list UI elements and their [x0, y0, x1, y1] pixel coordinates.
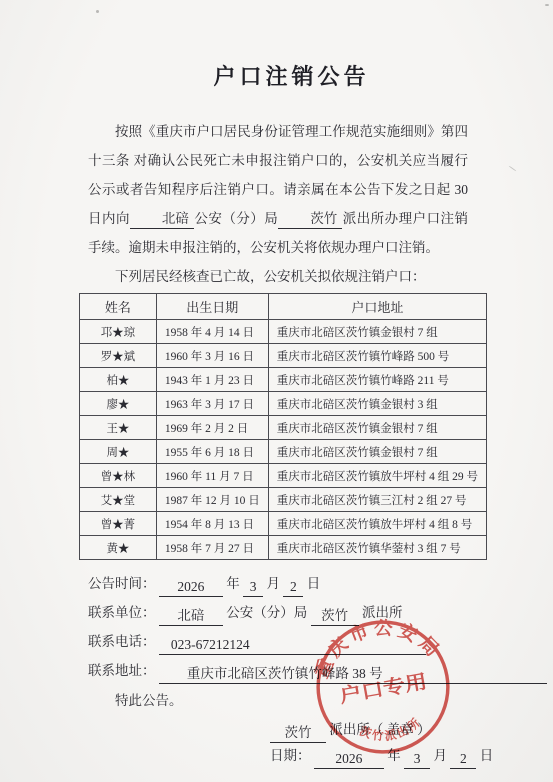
cell-address: 重庆市北碚区茨竹镇竹峰路 211 号 — [268, 368, 486, 392]
cell-address: 重庆市北碚区茨竹镇金银村 3 组 — [268, 392, 486, 416]
sig-month-unit: 月 — [434, 748, 448, 763]
cell-address: 重庆市北碚区茨竹镇金银村 7 组 — [268, 416, 486, 440]
table-row: 艾★堂1987 年 12 月 10 日重庆市北碚区茨竹镇三江村 2 组 27 号 — [80, 488, 487, 512]
cell-dob: 1969 年 2 月 2 日 — [156, 416, 268, 440]
announce-day-blank: 2 — [283, 579, 303, 597]
scan-speck — [96, 10, 99, 13]
cell-name: 廖★ — [80, 392, 157, 416]
signature-station-suffix: 派出所（ 盖章 ） — [329, 722, 430, 737]
contact-phone-label: 联系电话： — [88, 634, 156, 649]
scanned-announcement-page: 户口注销公告 按照《重庆市户口居民身份证管理工作规范实施细则》第四十三条 对确认… — [0, 0, 553, 782]
signature-station-line: 茨竹 派出所（ 盖章 ） — [270, 717, 495, 743]
table-row: 廖★1963 年 3 月 17 日重庆市北碚区茨竹镇金银村 3 组 — [80, 392, 487, 416]
contact-fields: 公告时间： 2026 年 3 月 2 日 联系单位： 北碚 公安（分）局 茨竹 … — [88, 570, 508, 715]
table-header-row: 姓名 出生日期 户口地址 — [80, 294, 487, 320]
year-unit: 年 — [226, 576, 240, 591]
cell-name: 黄★ — [80, 536, 157, 560]
contact-phone-value: 023-67212124 — [159, 637, 426, 655]
bureau-blank: 北碚 — [130, 211, 194, 229]
table-row: 柏★1943 年 1 月 23 日重庆市北碚区茨竹镇竹峰路 211 号 — [80, 368, 487, 392]
cell-dob: 1958 年 7 月 27 日 — [156, 536, 268, 560]
sig-year-unit: 年 — [387, 748, 401, 763]
contact-address-line: 联系地址： 重庆市北碚区茨竹镇竹峰路 38 号 — [88, 657, 508, 686]
intro-text-2: 公安（分）局 — [194, 211, 278, 226]
cell-name: 王★ — [80, 416, 157, 440]
cell-address: 重庆市北碚区茨竹镇金银村 7 组 — [268, 320, 486, 344]
sig-day-unit: 日 — [480, 748, 494, 763]
contact-unit-middle: 公安（分）局 — [226, 605, 307, 620]
cell-name: 柏★ — [80, 368, 157, 392]
cell-name: 罗★斌 — [80, 344, 157, 368]
contact-phone-line: 联系电话： 023-67212124 — [88, 628, 508, 657]
table-row: 曾★林1960 年 11 月 7 日重庆市北碚区茨竹镇放牛坪村 4 组 29 号 — [80, 464, 487, 488]
cell-dob: 1943 年 1 月 23 日 — [156, 368, 268, 392]
cell-dob: 1963 年 3 月 17 日 — [156, 392, 268, 416]
signature-block: 茨竹 派出所（ 盖章 ） 日期： 2026 年 3 月 2 日 — [270, 717, 495, 769]
cell-name: 周★ — [80, 440, 157, 464]
header-name: 姓名 — [80, 294, 157, 320]
signature-station-blank: 茨竹 — [270, 725, 326, 743]
cell-name: 邛★琼 — [80, 320, 157, 344]
scan-speck — [509, 166, 517, 172]
contact-bureau-blank: 北碚 — [159, 608, 223, 626]
cell-name: 曾★林 — [80, 464, 157, 488]
header-dob: 出生日期 — [156, 294, 268, 320]
contact-unit-suffix: 派出所 — [362, 605, 403, 620]
table-row: 罗★斌1960 年 3 月 16 日重庆市北碚区茨竹镇竹峰路 500 号 — [80, 344, 487, 368]
table-row: 周★1955 年 6 月 18 日重庆市北碚区茨竹镇金银村 7 组 — [80, 440, 487, 464]
signature-year-blank: 2026 — [314, 751, 384, 769]
station-blank: 茨竹 — [278, 211, 342, 229]
table-row: 邛★琼1958 年 4 月 14 日重庆市北碚区茨竹镇金银村 7 组 — [80, 320, 487, 344]
table-row: 曾★菁1954 年 8 月 13 日重庆市北碚区茨竹镇放牛坪村 4 组 8 号 — [80, 512, 487, 536]
contact-unit-line: 联系单位： 北碚 公安（分）局 茨竹 派出所 — [88, 599, 508, 628]
announce-month-blank: 3 — [243, 579, 263, 597]
day-unit: 日 — [307, 576, 321, 591]
cell-dob: 1955 年 6 月 18 日 — [156, 440, 268, 464]
cell-dob: 1960 年 11 月 7 日 — [156, 464, 268, 488]
cell-address: 重庆市北碚区茨竹镇竹峰路 500 号 — [268, 344, 486, 368]
cell-dob: 1987 年 12 月 10 日 — [156, 488, 268, 512]
residents-table: 姓名 出生日期 户口地址 邛★琼1958 年 4 月 14 日重庆市北碚区茨竹镇… — [79, 293, 487, 560]
table-row: 黄★1958 年 7 月 27 日重庆市北碚区茨竹镇华蓥村 3 组 7 号 — [80, 536, 487, 560]
contact-unit-label: 联系单位： — [88, 605, 156, 620]
contact-station-blank: 茨竹 — [311, 608, 359, 626]
cell-address: 重庆市北碚区茨竹镇放牛坪村 4 组 8 号 — [268, 512, 486, 536]
signature-date-label: 日期： — [270, 748, 311, 763]
month-unit: 月 — [267, 576, 281, 591]
cell-address: 重庆市北碚区茨竹镇金银村 7 组 — [268, 440, 486, 464]
signature-day-blank: 2 — [450, 751, 476, 769]
scan-speck — [545, 4, 549, 6]
cell-name: 艾★堂 — [80, 488, 157, 512]
cell-address: 重庆市北碚区茨竹镇华蓥村 3 组 7 号 — [268, 536, 486, 560]
cell-dob: 1960 年 3 月 16 日 — [156, 344, 268, 368]
contact-address-value: 重庆市北碚区茨竹镇竹峰路 38 号 — [159, 666, 547, 684]
intro-paragraph: 按照《重庆市户口居民身份证管理工作规范实施细则》第四十三条 对确认公民死亡未申报… — [88, 117, 468, 262]
header-address: 户口地址 — [268, 294, 486, 320]
table-intro: 下列居民经核查已亡故，公安机关拟依规注销户口： — [88, 262, 468, 291]
signature-month-blank: 3 — [404, 751, 430, 769]
contact-address-label: 联系地址： — [88, 663, 156, 678]
announce-date-line: 公告时间： 2026 年 3 月 2 日 — [88, 570, 508, 599]
cell-address: 重庆市北碚区茨竹镇放牛坪村 4 组 29 号 — [268, 464, 486, 488]
announce-date-label: 公告时间： — [88, 576, 156, 591]
announce-year-blank: 2026 — [159, 579, 223, 597]
closing-statement: 特此公告。 — [115, 686, 508, 715]
cell-dob: 1958 年 4 月 14 日 — [156, 320, 268, 344]
cell-name: 曾★菁 — [80, 512, 157, 536]
page-title: 户口注销公告 — [88, 60, 495, 91]
cell-dob: 1954 年 8 月 13 日 — [156, 512, 268, 536]
table-row: 王★1969 年 2 月 2 日重庆市北碚区茨竹镇金银村 7 组 — [80, 416, 487, 440]
cell-address: 重庆市北碚区茨竹镇三江村 2 组 27 号 — [268, 488, 486, 512]
signature-date-line: 日期： 2026 年 3 月 2 日 — [270, 743, 495, 769]
